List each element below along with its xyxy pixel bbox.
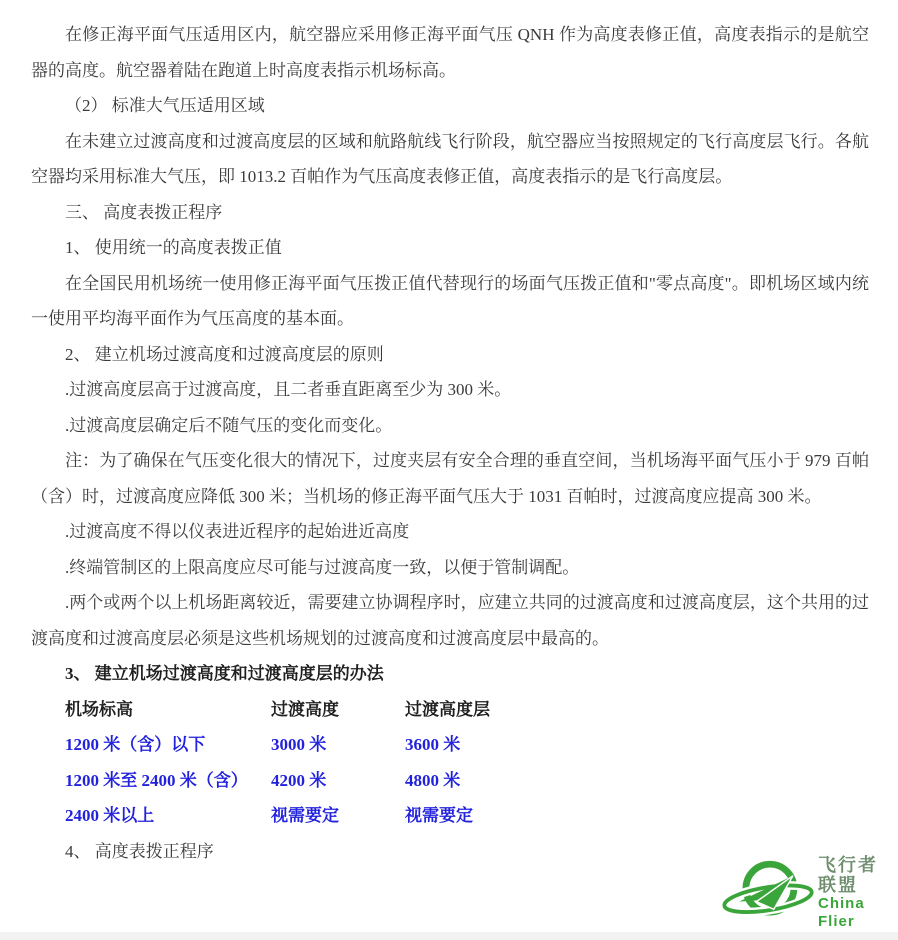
table-row: 1200 米（含）以下 3000 米 3600 米 <box>65 727 869 763</box>
table-cell: 2400 米以上 <box>65 798 271 834</box>
bullet-line: .过渡高度不得以仪表进近程序的起始进近高度 <box>31 514 869 550</box>
brand-logo: 飞行者联盟 China Flier <box>720 856 896 930</box>
brand-name-en: China Flier <box>818 895 896 931</box>
section-heading: 2、 建立机场过渡高度和过渡高度层的原则 <box>31 337 869 373</box>
document-body: 在修正海平面气压适用区内，航空器应采用修正海平面气压 QNH 作为高度表修正值，… <box>31 17 869 869</box>
table-header-transition-level: 过渡高度层 <box>405 692 869 728</box>
section-heading-bold: 3、 建立机场过渡高度和过渡高度层的办法 <box>31 656 869 692</box>
table-row: 1200 米至 2400 米（含） 4200 米 4800 米 <box>65 763 869 799</box>
globe-plane-icon <box>720 856 816 930</box>
table-cell: 视需要定 <box>405 798 869 834</box>
table-cell: 4800 米 <box>405 763 869 799</box>
table-cell: 视需要定 <box>271 798 405 834</box>
table-cell: 1200 米至 2400 米（含） <box>65 763 271 799</box>
table-header-transition-altitude: 过渡高度 <box>271 692 405 728</box>
section-heading: （2） 标准大气压适用区域 <box>31 88 869 124</box>
table-cell: 1200 米（含）以下 <box>65 727 271 763</box>
table-cell: 3600 米 <box>405 727 869 763</box>
paragraph: 在未建立过渡高度和过渡高度层的区域和航路航线飞行阶段，航空器应当按照规定的飞行高… <box>31 124 869 195</box>
transition-altitude-table: 机场标高 过渡高度 过渡高度层 1200 米（含）以下 3000 米 3600 … <box>65 692 869 834</box>
table-cell: 4200 米 <box>271 763 405 799</box>
note-paragraph: 注：为了确保在气压变化很大的情况下，过度夹层有安全合理的垂直空间，当机场海平面气… <box>31 443 869 514</box>
bullet-line: .终端管制区的上限高度应尽可能与过渡高度一致，以便于管制调配。 <box>31 550 869 586</box>
table-row: 2400 米以上 视需要定 视需要定 <box>65 798 869 834</box>
paragraph: 在全国民用机场统一使用修正海平面气压拨正值代替现行的场面气压拨正值和"零点高度"… <box>31 266 869 337</box>
section-heading: 三、 高度表拨正程序 <box>31 195 869 231</box>
brand-name-cn: 飞行者联盟 <box>818 855 896 895</box>
bullet-line: .过渡高度层高于过渡高度，且二者垂直距离至少为 300 米。 <box>31 372 869 408</box>
paragraph: .两个或两个以上机场距离较近，需要建立协调程序时，应建立共同的过渡高度和过渡高度… <box>31 585 869 656</box>
document-page: 在修正海平面气压适用区内，航空器应采用修正海平面气压 QNH 作为高度表修正值，… <box>0 0 898 940</box>
bottom-divider-bar <box>0 932 898 940</box>
bullet-line: .过渡高度层确定后不随气压的变化而变化。 <box>31 408 869 444</box>
section-heading: 1、 使用统一的高度表拨正值 <box>31 230 869 266</box>
table-header-row: 机场标高 过渡高度 过渡高度层 <box>65 692 869 728</box>
brand-text: 飞行者联盟 China Flier <box>818 855 896 931</box>
table-header-airport-elevation: 机场标高 <box>65 692 271 728</box>
table-cell: 3000 米 <box>271 727 405 763</box>
paragraph: 在修正海平面气压适用区内，航空器应采用修正海平面气压 QNH 作为高度表修正值，… <box>31 17 869 88</box>
